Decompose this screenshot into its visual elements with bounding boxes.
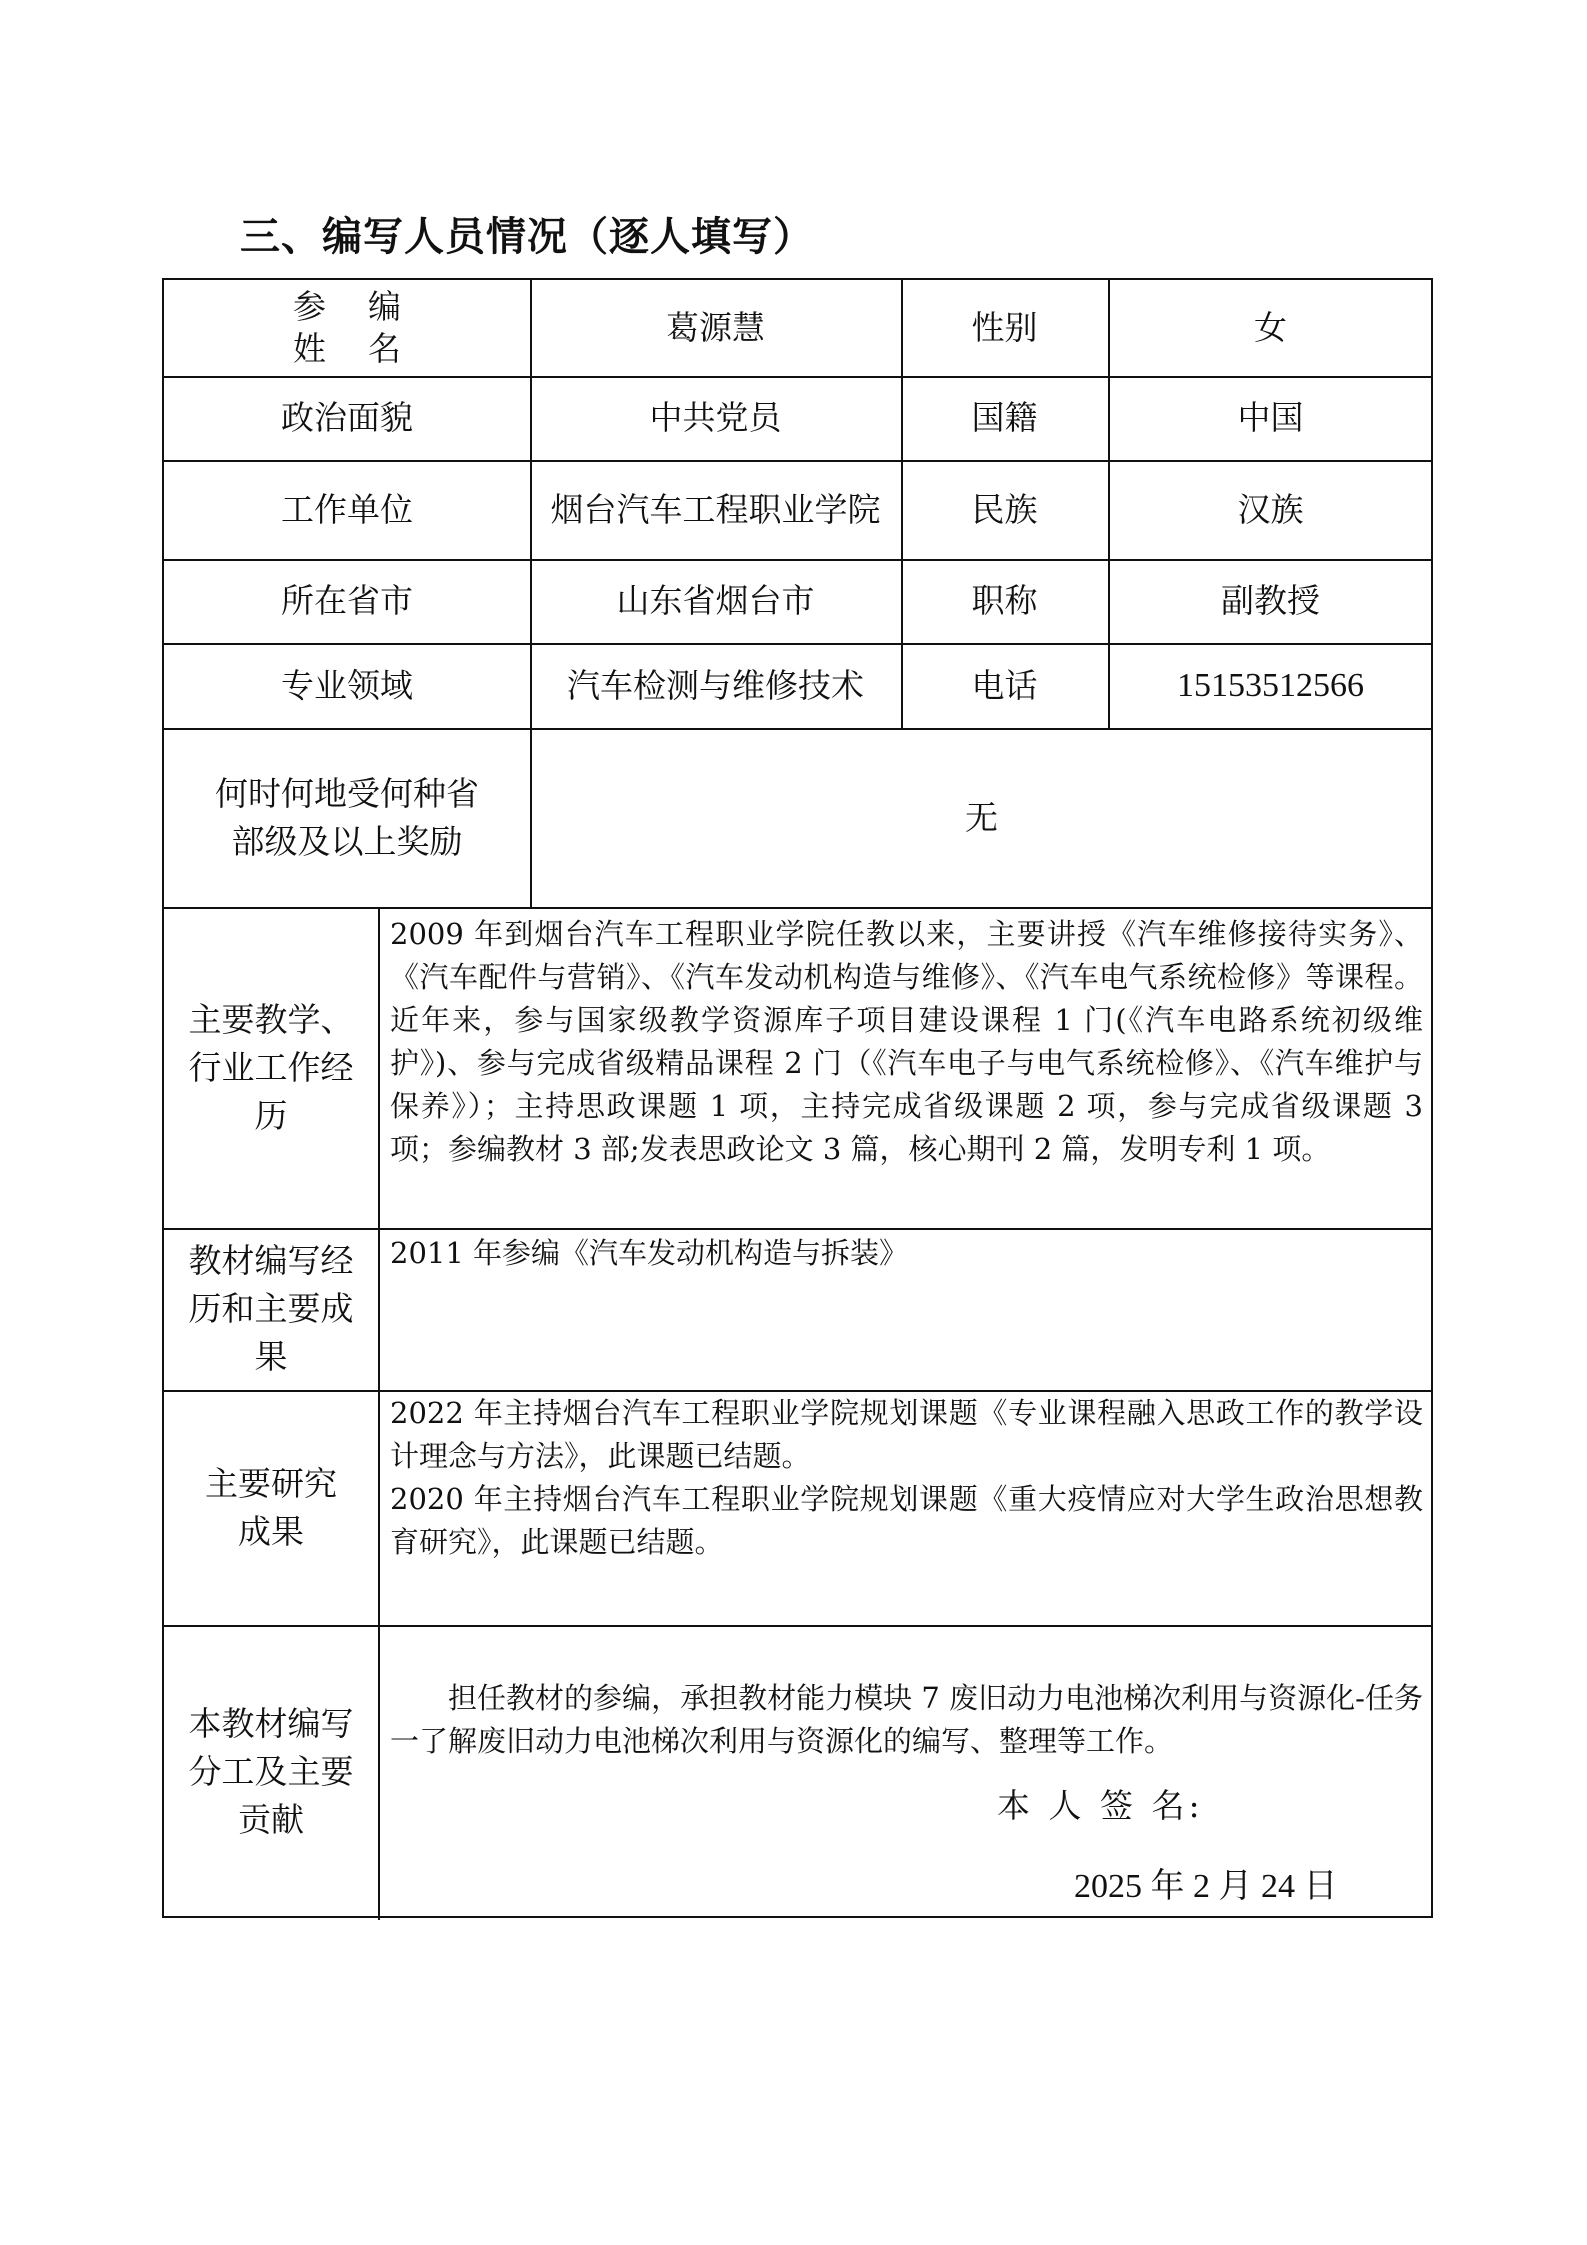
research-label: 主要研究成果 [164, 1390, 378, 1625]
ethnicity-value: 汉族 [1108, 460, 1433, 559]
author-info-table: 参 编 姓 名 葛源慧 性别 女 政治面貌 中共党员 国籍 中国 工作单位 烟台… [162, 278, 1433, 1918]
research-list: 2022 年主持烟台汽车工程职业学院规划课题《专业课程融入思政工作的教学设计理念… [378, 1392, 1433, 1564]
employer-value: 烟台汽车工程职业学院 [530, 460, 901, 559]
name-label-char: 参 [272, 286, 347, 328]
name-value: 葛源慧 [530, 280, 901, 376]
research-item: 2022 年主持烟台汽车工程职业学院规划课题《专业课程融入思政工作的教学设计理念… [378, 1392, 1433, 1478]
gender-value: 女 [1108, 280, 1433, 376]
phone-label: 电话 [901, 643, 1108, 728]
job-title-value: 副教授 [1108, 559, 1433, 643]
political-value: 中共党员 [530, 376, 901, 460]
awards-label: 何时何地受何种省部级及以上奖励 [164, 728, 530, 907]
signature-date: 2025 年 2 月 24 日 [1074, 1858, 1338, 1907]
contribution-label: 本教材编写分工及主要贡献 [164, 1625, 378, 1918]
ethnicity-label: 民族 [901, 460, 1108, 559]
nationality-label: 国籍 [901, 376, 1108, 460]
textbook-experience-label: 教材编写经历和主要成果 [164, 1228, 378, 1390]
province-label: 所在省市 [164, 559, 530, 643]
teaching-experience-label: 主要教学、行业工作经历 [164, 907, 378, 1228]
field-label: 专业领域 [164, 643, 530, 728]
awards-value: 无 [530, 728, 1433, 907]
research-item: 2020 年主持烟台汽车工程职业学院规划课题《重大疫情应对大学生政治思想教育研究… [378, 1478, 1433, 1564]
province-value: 山东省烟台市 [530, 559, 901, 643]
phone-value: 15153512566 [1108, 643, 1433, 728]
gender-label: 性别 [901, 280, 1108, 376]
name-label-char: 姓 [272, 328, 347, 370]
contribution-text: 担任教材的参编，承担教材能力模块 7 废旧动力电池梯次利用与资源化-任务一了解废… [378, 1677, 1433, 1763]
teaching-experience-text: 2009 年到烟台汽车工程职业学院任教以来，主要讲授《汽车维修接待实务》、《汽车… [378, 913, 1433, 1226]
textbook-experience-text: 2011 年参编《汽车发动机构造与拆装》 [378, 1232, 1433, 1387]
name-label-char: 名 [347, 328, 422, 370]
signature-label: 本 人 签 名: [997, 1780, 1204, 1827]
section-title: 三、编写人员情况（逐人填写） [240, 205, 814, 262]
political-label: 政治面貌 [164, 376, 530, 460]
job-title-label: 职称 [901, 559, 1108, 643]
name-label: 参 编 姓 名 [164, 280, 530, 376]
name-label-char: 编 [347, 286, 422, 328]
nationality-value: 中国 [1108, 376, 1433, 460]
employer-label: 工作单位 [164, 460, 530, 559]
field-value: 汽车检测与维修技术 [530, 643, 901, 728]
